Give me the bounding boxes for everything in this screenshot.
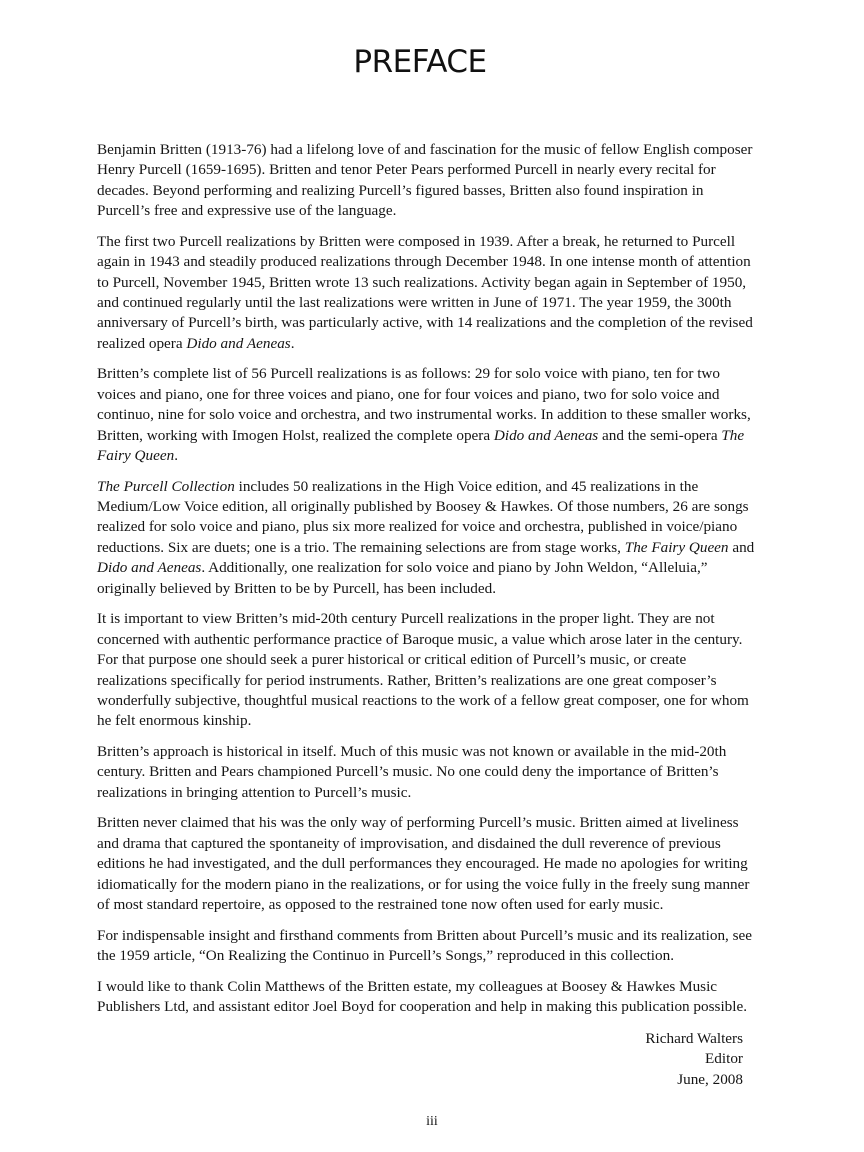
text-run: It is important to view Britten’s mid-20… xyxy=(97,610,749,729)
paragraph: I would like to thank Colin Matthews of … xyxy=(97,977,757,1018)
text-run: . xyxy=(291,335,295,352)
signature-name: Richard Walters xyxy=(645,1029,743,1049)
italic-title: Dido and Aeneas xyxy=(186,335,290,352)
italic-title: The Purcell Collection xyxy=(97,478,235,495)
preface-body: Benjamin Britten (1913-76) had a lifelon… xyxy=(97,140,757,1028)
signature-block: Richard Walters Editor June, 2008 xyxy=(645,1029,743,1090)
page-number: iii xyxy=(0,1114,864,1130)
text-run: . xyxy=(174,447,178,464)
italic-title: Dido and Aeneas xyxy=(97,559,201,576)
text-run: Britten’s approach is historical in itse… xyxy=(97,743,726,801)
paragraph: Britten’s complete list of 56 Purcell re… xyxy=(97,364,757,466)
italic-title: The Fairy Queen xyxy=(625,539,729,556)
paragraph: Britten never claimed that his was the o… xyxy=(97,813,757,915)
text-run: and the semi-opera xyxy=(598,427,721,444)
text-run: Benjamin Britten (1913-76) had a lifelon… xyxy=(97,141,752,219)
paragraph: The first two Purcell realizations by Br… xyxy=(97,232,757,354)
text-run: and xyxy=(729,539,755,556)
text-run: I would like to thank Colin Matthews of … xyxy=(97,978,747,1015)
italic-title: Dido and Aeneas xyxy=(494,427,598,444)
text-run: Britten never claimed that his was the o… xyxy=(97,814,749,913)
signature-date: June, 2008 xyxy=(645,1070,743,1090)
paragraph: For indispensable insight and firsthand … xyxy=(97,926,757,967)
text-run: For indispensable insight and firsthand … xyxy=(97,927,752,964)
paragraph: Benjamin Britten (1913-76) had a lifelon… xyxy=(97,140,757,222)
signature-role: Editor xyxy=(645,1049,743,1069)
paragraph: Britten’s approach is historical in itse… xyxy=(97,742,757,803)
page-title: PREFACE xyxy=(0,44,840,80)
paragraph: It is important to view Britten’s mid-20… xyxy=(97,609,757,731)
document-page: PREFACE Benjamin Britten (1913-76) had a… xyxy=(0,0,864,1152)
paragraph: The Purcell Collection includes 50 reali… xyxy=(97,477,757,599)
